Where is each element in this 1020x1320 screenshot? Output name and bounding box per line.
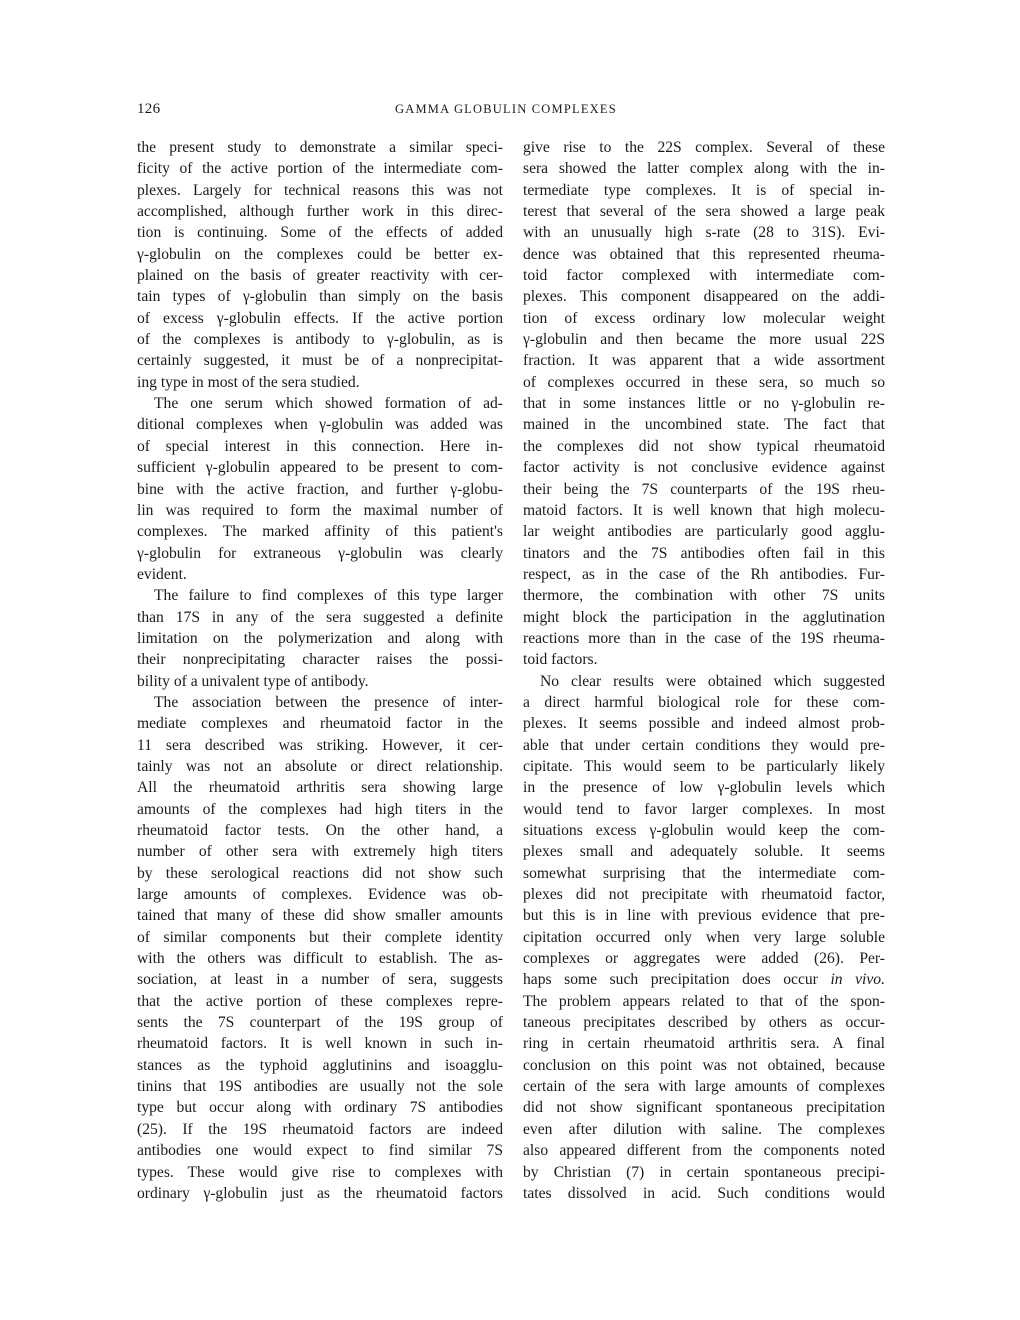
text-line-content: bility of a univalent type of antibody. <box>137 673 369 690</box>
text-line: 11 sera described was striking. However,… <box>137 735 503 756</box>
text-line-content: toid factor complexed with intermediate … <box>523 267 885 284</box>
text-line: matoid factors. It is well known that hi… <box>523 500 885 521</box>
text-line-content: rheumatoid factor tests. On the other ha… <box>137 822 503 839</box>
text-line-content: by these serological reactions did not s… <box>137 865 503 882</box>
text-line: γ-globulin for extraneous γ-globulin was… <box>137 543 503 564</box>
text-line: tain types of γ-globulin than simply on … <box>137 286 503 307</box>
text-line: The problem appears related to that of t… <box>523 991 885 1012</box>
text-line: the present study to demonstrate a simil… <box>137 137 503 158</box>
text-line-content: taneous precipitates described by others… <box>523 1014 885 1031</box>
text-line-content: tinins that 19S antibodies are usually n… <box>137 1078 503 1095</box>
text-line: able that under certain conditions they … <box>523 735 885 756</box>
text-line-content: antibodies one would expect to find simi… <box>137 1142 503 1159</box>
text-line-content: might block the participation in the agg… <box>523 609 885 626</box>
text-line: stances as the typhoid agglutinins and i… <box>137 1055 503 1076</box>
text-line-content: somewhat surprising that the intermediat… <box>523 865 885 882</box>
text-line-content: but this is in line with previous eviden… <box>523 907 885 924</box>
text-line-content: type but occur along with ordinary 7S an… <box>137 1099 503 1116</box>
text-line: sents the 7S counterpart of the 19S grou… <box>137 1012 503 1033</box>
text-line: tained that many of these did show small… <box>137 905 503 926</box>
text-line-content: rheumatoid factors. It is well known in … <box>137 1035 503 1052</box>
text-line-content: the present study to demonstrate a simil… <box>137 139 503 156</box>
text-line-content: tates dissolved in acid. Such conditions… <box>523 1185 885 1202</box>
text-line-content: of similar components but their complete… <box>137 929 503 946</box>
text-line: plained on the basis of greater reactivi… <box>137 265 503 286</box>
text-line: of similar components but their complete… <box>137 927 503 948</box>
text-line: toid factor complexed with intermediate … <box>523 265 885 286</box>
text-line: somewhat surprising that the intermediat… <box>523 863 885 884</box>
text-line: accomplished, although further work in t… <box>137 201 503 222</box>
text-line: types. These would give rise to complexe… <box>137 1162 503 1183</box>
text-line-content: γ-globulin for extraneous γ-globulin was… <box>137 545 503 562</box>
text-line: respect, as in the case of the Rh antibo… <box>523 564 885 585</box>
text-line: factor activity is not conclusive eviden… <box>523 457 885 478</box>
text-line-content: thermore, the combination with other 7S … <box>523 587 885 604</box>
text-line-content: tainly was not an absolute or direct rel… <box>137 758 503 775</box>
text-line-content: haps some such precipitation does occur <box>523 971 830 988</box>
text-line: antibodies one would expect to find simi… <box>137 1140 503 1161</box>
text-line: mediate complexes and rheumatoid factor … <box>137 713 503 734</box>
text-line: certain of the sera with large amounts o… <box>523 1076 885 1097</box>
text-line-content: cipitate. This would seem to be particul… <box>523 758 885 775</box>
text-line-content: number of other sera with extremely high… <box>137 843 503 860</box>
italic-phrase: in vivo. <box>830 971 885 988</box>
text-line-content: complexes or aggregates were added (26).… <box>523 950 885 967</box>
text-line-content: even after dilution with saline. The com… <box>523 1121 885 1138</box>
text-line-content: complexes. The marked affinity of this p… <box>137 523 503 540</box>
text-line: by these serological reactions did not s… <box>137 863 503 884</box>
text-line-content: plexes. Largely for technical reasons th… <box>137 182 503 199</box>
text-line: mained in the uncombined state. The fact… <box>523 414 885 435</box>
text-line: terest that several of the sera showed a… <box>523 201 885 222</box>
text-line: sufficient γ-globulin appeared to be pre… <box>137 457 503 478</box>
text-line-content: fraction. It was apparent that a wide as… <box>523 352 885 369</box>
text-line-content: certainly suggested, it must be of a non… <box>137 352 503 369</box>
text-line: plexes did not precipitate with rheumato… <box>523 884 885 905</box>
text-line: No clear results were obtained which sug… <box>523 671 885 692</box>
text-line-content: evident. <box>137 566 187 583</box>
page-number: 126 <box>137 101 160 118</box>
left-column: the present study to demonstrate a simil… <box>137 137 503 1204</box>
text-line: large amounts of complexes. Evidence was… <box>137 884 503 905</box>
text-line: sera showed the latter complex along wit… <box>523 158 885 179</box>
text-line: situations excess γ-globulin would keep … <box>523 820 885 841</box>
text-line: in the presence of low γ-globulin levels… <box>523 777 885 798</box>
text-line: bility of a univalent type of antibody. <box>137 671 503 692</box>
text-line-content: plexes. It seems possible and indeed alm… <box>523 715 885 732</box>
text-line-content: ing type in most of the sera studied. <box>137 374 360 391</box>
text-line: termediate type complexes. It is of spec… <box>523 180 885 201</box>
text-line: dence was obtained that this represented… <box>523 244 885 265</box>
text-line-content: in the presence of low γ-globulin levels… <box>523 779 885 796</box>
text-line: ordinary γ-globulin just as the rheumato… <box>137 1183 503 1204</box>
text-line: tion is continuing. Some of the effects … <box>137 222 503 243</box>
text-line: the complexes did not show typical rheum… <box>523 436 885 457</box>
text-line: conclusion on this point was not obtaine… <box>523 1055 885 1076</box>
text-line-content: conclusion on this point was not obtaine… <box>523 1057 885 1074</box>
text-line: cipitate. This would seem to be particul… <box>523 756 885 777</box>
text-line: thermore, the combination with other 7S … <box>523 585 885 606</box>
text-line-content: The failure to find complexes of this ty… <box>154 587 503 604</box>
text-line-content: a direct harmful biological role for the… <box>523 694 885 711</box>
right-column: give rise to the 22S complex. Several of… <box>523 137 885 1204</box>
text-line-content: of special interest in this connection. … <box>137 438 503 455</box>
text-line: γ-globulin on the complexes could be bet… <box>137 244 503 265</box>
text-line: certainly suggested, it must be of a non… <box>137 350 503 371</box>
text-line-content: bine with the active fraction, and furth… <box>137 481 503 498</box>
text-line: type but occur along with ordinary 7S an… <box>137 1097 503 1118</box>
text-line-content: stances as the typhoid agglutinins and i… <box>137 1057 503 1074</box>
text-line-content: accomplished, although further work in t… <box>137 203 503 220</box>
text-line: haps some such precipitation does occur … <box>523 969 885 990</box>
text-line: of special interest in this connection. … <box>137 436 503 457</box>
text-line-content: with an unusually high s-rate (28 to 31S… <box>523 224 885 241</box>
text-line: even after dilution with saline. The com… <box>523 1119 885 1140</box>
text-line-content: their being the 7S counterparts of the 1… <box>523 481 885 498</box>
text-line: reactions more than in the case of the 1… <box>523 628 885 649</box>
text-line-content: types. These would give rise to complexe… <box>137 1164 503 1181</box>
text-line: ficity of the active portion of the inte… <box>137 158 503 179</box>
text-line-content: of the complexes is antibody to γ-globul… <box>137 331 503 348</box>
text-line: lin was required to form the maximal num… <box>137 500 503 521</box>
text-line-content: tion is continuing. Some of the effects … <box>137 224 503 241</box>
text-line-content: The problem appears related to that of t… <box>523 993 885 1010</box>
text-line: tion of excess ordinary low molecular we… <box>523 308 885 329</box>
text-line-content: plexes did not precipitate with rheumato… <box>523 886 885 903</box>
text-line: rheumatoid factor tests. On the other ha… <box>137 820 503 841</box>
text-line: of complexes occurred in these sera, so … <box>523 372 885 393</box>
text-line-content: tained that many of these did show small… <box>137 907 503 924</box>
text-line: give rise to the 22S complex. Several of… <box>523 137 885 158</box>
text-line-content: with the others was difficult to establi… <box>137 950 503 967</box>
text-line-content: able that under certain conditions they … <box>523 737 885 754</box>
text-line-content: situations excess γ-globulin would keep … <box>523 822 885 839</box>
text-line: number of other sera with extremely high… <box>137 841 503 862</box>
text-line: The failure to find complexes of this ty… <box>137 585 503 606</box>
text-line: complexes or aggregates were added (26).… <box>523 948 885 969</box>
text-line-content: sufficient γ-globulin appeared to be pre… <box>137 459 503 476</box>
text-line-content: ring in certain rheumatoid arthritis ser… <box>523 1035 885 1052</box>
text-line: than 17S in any of the sera suggested a … <box>137 607 503 628</box>
text-line: tainly was not an absolute or direct rel… <box>137 756 503 777</box>
text-line-content: that the active portion of these complex… <box>137 993 503 1010</box>
text-line: of the complexes is antibody to γ-globul… <box>137 329 503 350</box>
text-line: cipitation occurred only when very large… <box>523 927 885 948</box>
text-line-content: termediate type complexes. It is of spec… <box>523 182 885 199</box>
text-line: their being the 7S counterparts of the 1… <box>523 479 885 500</box>
text-line-content: would tend to favor larger complexes. In… <box>523 801 885 818</box>
text-line-content: sents the 7S counterpart of the 19S grou… <box>137 1014 503 1031</box>
text-line: would tend to favor larger complexes. In… <box>523 799 885 820</box>
text-line-content: certain of the sera with large amounts o… <box>523 1078 885 1095</box>
text-line-content: No clear results were obtained which sug… <box>540 673 885 690</box>
text-line: with the others was difficult to establi… <box>137 948 503 969</box>
text-line-content: The association between the presence of … <box>154 694 503 711</box>
text-line: ing type in most of the sera studied. <box>137 372 503 393</box>
text-line-content: matoid factors. It is well known that hi… <box>523 502 885 519</box>
text-line: did not show significant spontaneous pre… <box>523 1097 885 1118</box>
text-line-content: ficity of the active portion of the inte… <box>137 160 503 177</box>
text-line-content: did not show significant spontaneous pre… <box>523 1099 885 1116</box>
text-line: limitation on the polymerization and alo… <box>137 628 503 649</box>
text-line-content: the complexes did not show typical rheum… <box>523 438 885 455</box>
text-line: that in some instances little or no γ-gl… <box>523 393 885 414</box>
text-line: plexes. Largely for technical reasons th… <box>137 180 503 201</box>
text-line-content: dence was obtained that this represented… <box>523 246 885 263</box>
text-line-content: plexes. This component disappeared on th… <box>523 288 885 305</box>
running-title: GAMMA GLOBULIN COMPLEXES <box>395 102 617 117</box>
text-line-content: (25). If the 19S rheumatoid factors are … <box>137 1121 503 1138</box>
text-line-content: tion of excess ordinary low molecular we… <box>523 310 885 327</box>
text-line-content: of excess γ-globulin effects. If the act… <box>137 310 503 327</box>
text-line-content: All the rheumatoid arthritis sera showin… <box>137 779 503 796</box>
text-line: toid factors. <box>523 649 885 670</box>
text-line-content: sera showed the latter complex along wit… <box>523 160 885 177</box>
text-line: but this is in line with previous eviden… <box>523 905 885 926</box>
text-line-content: factor activity is not conclusive eviden… <box>523 459 885 476</box>
text-line: The association between the presence of … <box>137 692 503 713</box>
text-line: plexes. It seems possible and indeed alm… <box>523 713 885 734</box>
text-line-content: amounts of the complexes had high titers… <box>137 801 503 818</box>
text-line: rheumatoid factors. It is well known in … <box>137 1033 503 1054</box>
text-line-content: than 17S in any of the sera suggested a … <box>137 609 503 626</box>
text-line: bine with the active fraction, and furth… <box>137 479 503 500</box>
text-line: sociation, at least in a number of sera,… <box>137 969 503 990</box>
text-line: taneous precipitates described by others… <box>523 1012 885 1033</box>
text-line-content: limitation on the polymerization and alo… <box>137 630 503 647</box>
text-line-content: 11 sera described was striking. However,… <box>137 737 503 754</box>
text-line: tinins that 19S antibodies are usually n… <box>137 1076 503 1097</box>
text-line-content: tain types of γ-globulin than simply on … <box>137 288 503 305</box>
text-line: tates dissolved in acid. Such conditions… <box>523 1183 885 1204</box>
text-line-content: large amounts of complexes. Evidence was… <box>137 886 503 903</box>
text-line: also appeared different from the compone… <box>523 1140 885 1161</box>
text-line: tinators and the 7S antibodies often fai… <box>523 543 885 564</box>
text-line-content: tinators and the 7S antibodies often fai… <box>523 545 885 562</box>
text-line-content: terest that several of the sera showed a… <box>523 203 885 220</box>
text-line: All the rheumatoid arthritis sera showin… <box>137 777 503 798</box>
text-line-content: their nonprecipitating character raises … <box>137 651 503 668</box>
text-line: γ-globulin and then became the more usua… <box>523 329 885 350</box>
text-line: by Christian (7) in certain spontaneous … <box>523 1162 885 1183</box>
text-line: their nonprecipitating character raises … <box>137 649 503 670</box>
text-line: complexes. The marked affinity of this p… <box>137 521 503 542</box>
text-line-content: cipitation occurred only when very large… <box>523 929 885 946</box>
text-line: evident. <box>137 564 503 585</box>
text-line-content: that in some instances little or no γ-gl… <box>523 395 885 412</box>
text-line-content: γ-globulin and then became the more usua… <box>523 331 885 348</box>
text-line-content: The one serum which showed formation of … <box>154 395 503 412</box>
text-line: ditional complexes when γ-globulin was a… <box>137 414 503 435</box>
text-line: lar weight antibodies are particularly g… <box>523 521 885 542</box>
text-line: a direct harmful biological role for the… <box>523 692 885 713</box>
text-line: ring in certain rheumatoid arthritis ser… <box>523 1033 885 1054</box>
text-line-content: mained in the uncombined state. The fact… <box>523 416 885 433</box>
text-line-content: sociation, at least in a number of sera,… <box>137 971 503 988</box>
text-line-content: lar weight antibodies are particularly g… <box>523 523 885 540</box>
text-line: fraction. It was apparent that a wide as… <box>523 350 885 371</box>
text-line: The one serum which showed formation of … <box>137 393 503 414</box>
text-line-content: plexes small and adequately soluble. It … <box>523 843 885 860</box>
text-line-content: give rise to the 22S complex. Several of… <box>523 139 885 156</box>
text-line-content: plained on the basis of greater reactivi… <box>137 267 503 284</box>
text-line: might block the participation in the agg… <box>523 607 885 628</box>
text-line: plexes. This component disappeared on th… <box>523 286 885 307</box>
text-line-content: lin was required to form the maximal num… <box>137 502 503 519</box>
text-line-content: reactions more than in the case of the 1… <box>523 630 885 647</box>
text-line-content: ordinary γ-globulin just as the rheumato… <box>137 1185 503 1202</box>
text-line-content: mediate complexes and rheumatoid factor … <box>137 715 503 732</box>
text-line-content: by Christian (7) in certain spontaneous … <box>523 1164 885 1181</box>
text-line-content: γ-globulin on the complexes could be bet… <box>137 246 503 263</box>
text-line-content: respect, as in the case of the Rh antibo… <box>523 566 885 583</box>
text-line-content: ditional complexes when γ-globulin was a… <box>137 416 503 433</box>
text-line: plexes small and adequately soluble. It … <box>523 841 885 862</box>
text-line: of excess γ-globulin effects. If the act… <box>137 308 503 329</box>
text-line-content: toid factors. <box>523 651 597 668</box>
text-line: (25). If the 19S rheumatoid factors are … <box>137 1119 503 1140</box>
text-line: with an unusually high s-rate (28 to 31S… <box>523 222 885 243</box>
text-line: that the active portion of these complex… <box>137 991 503 1012</box>
text-line-content: also appeared different from the compone… <box>523 1142 885 1159</box>
text-line-content: of complexes occurred in these sera, so … <box>523 374 885 391</box>
text-line: amounts of the complexes had high titers… <box>137 799 503 820</box>
